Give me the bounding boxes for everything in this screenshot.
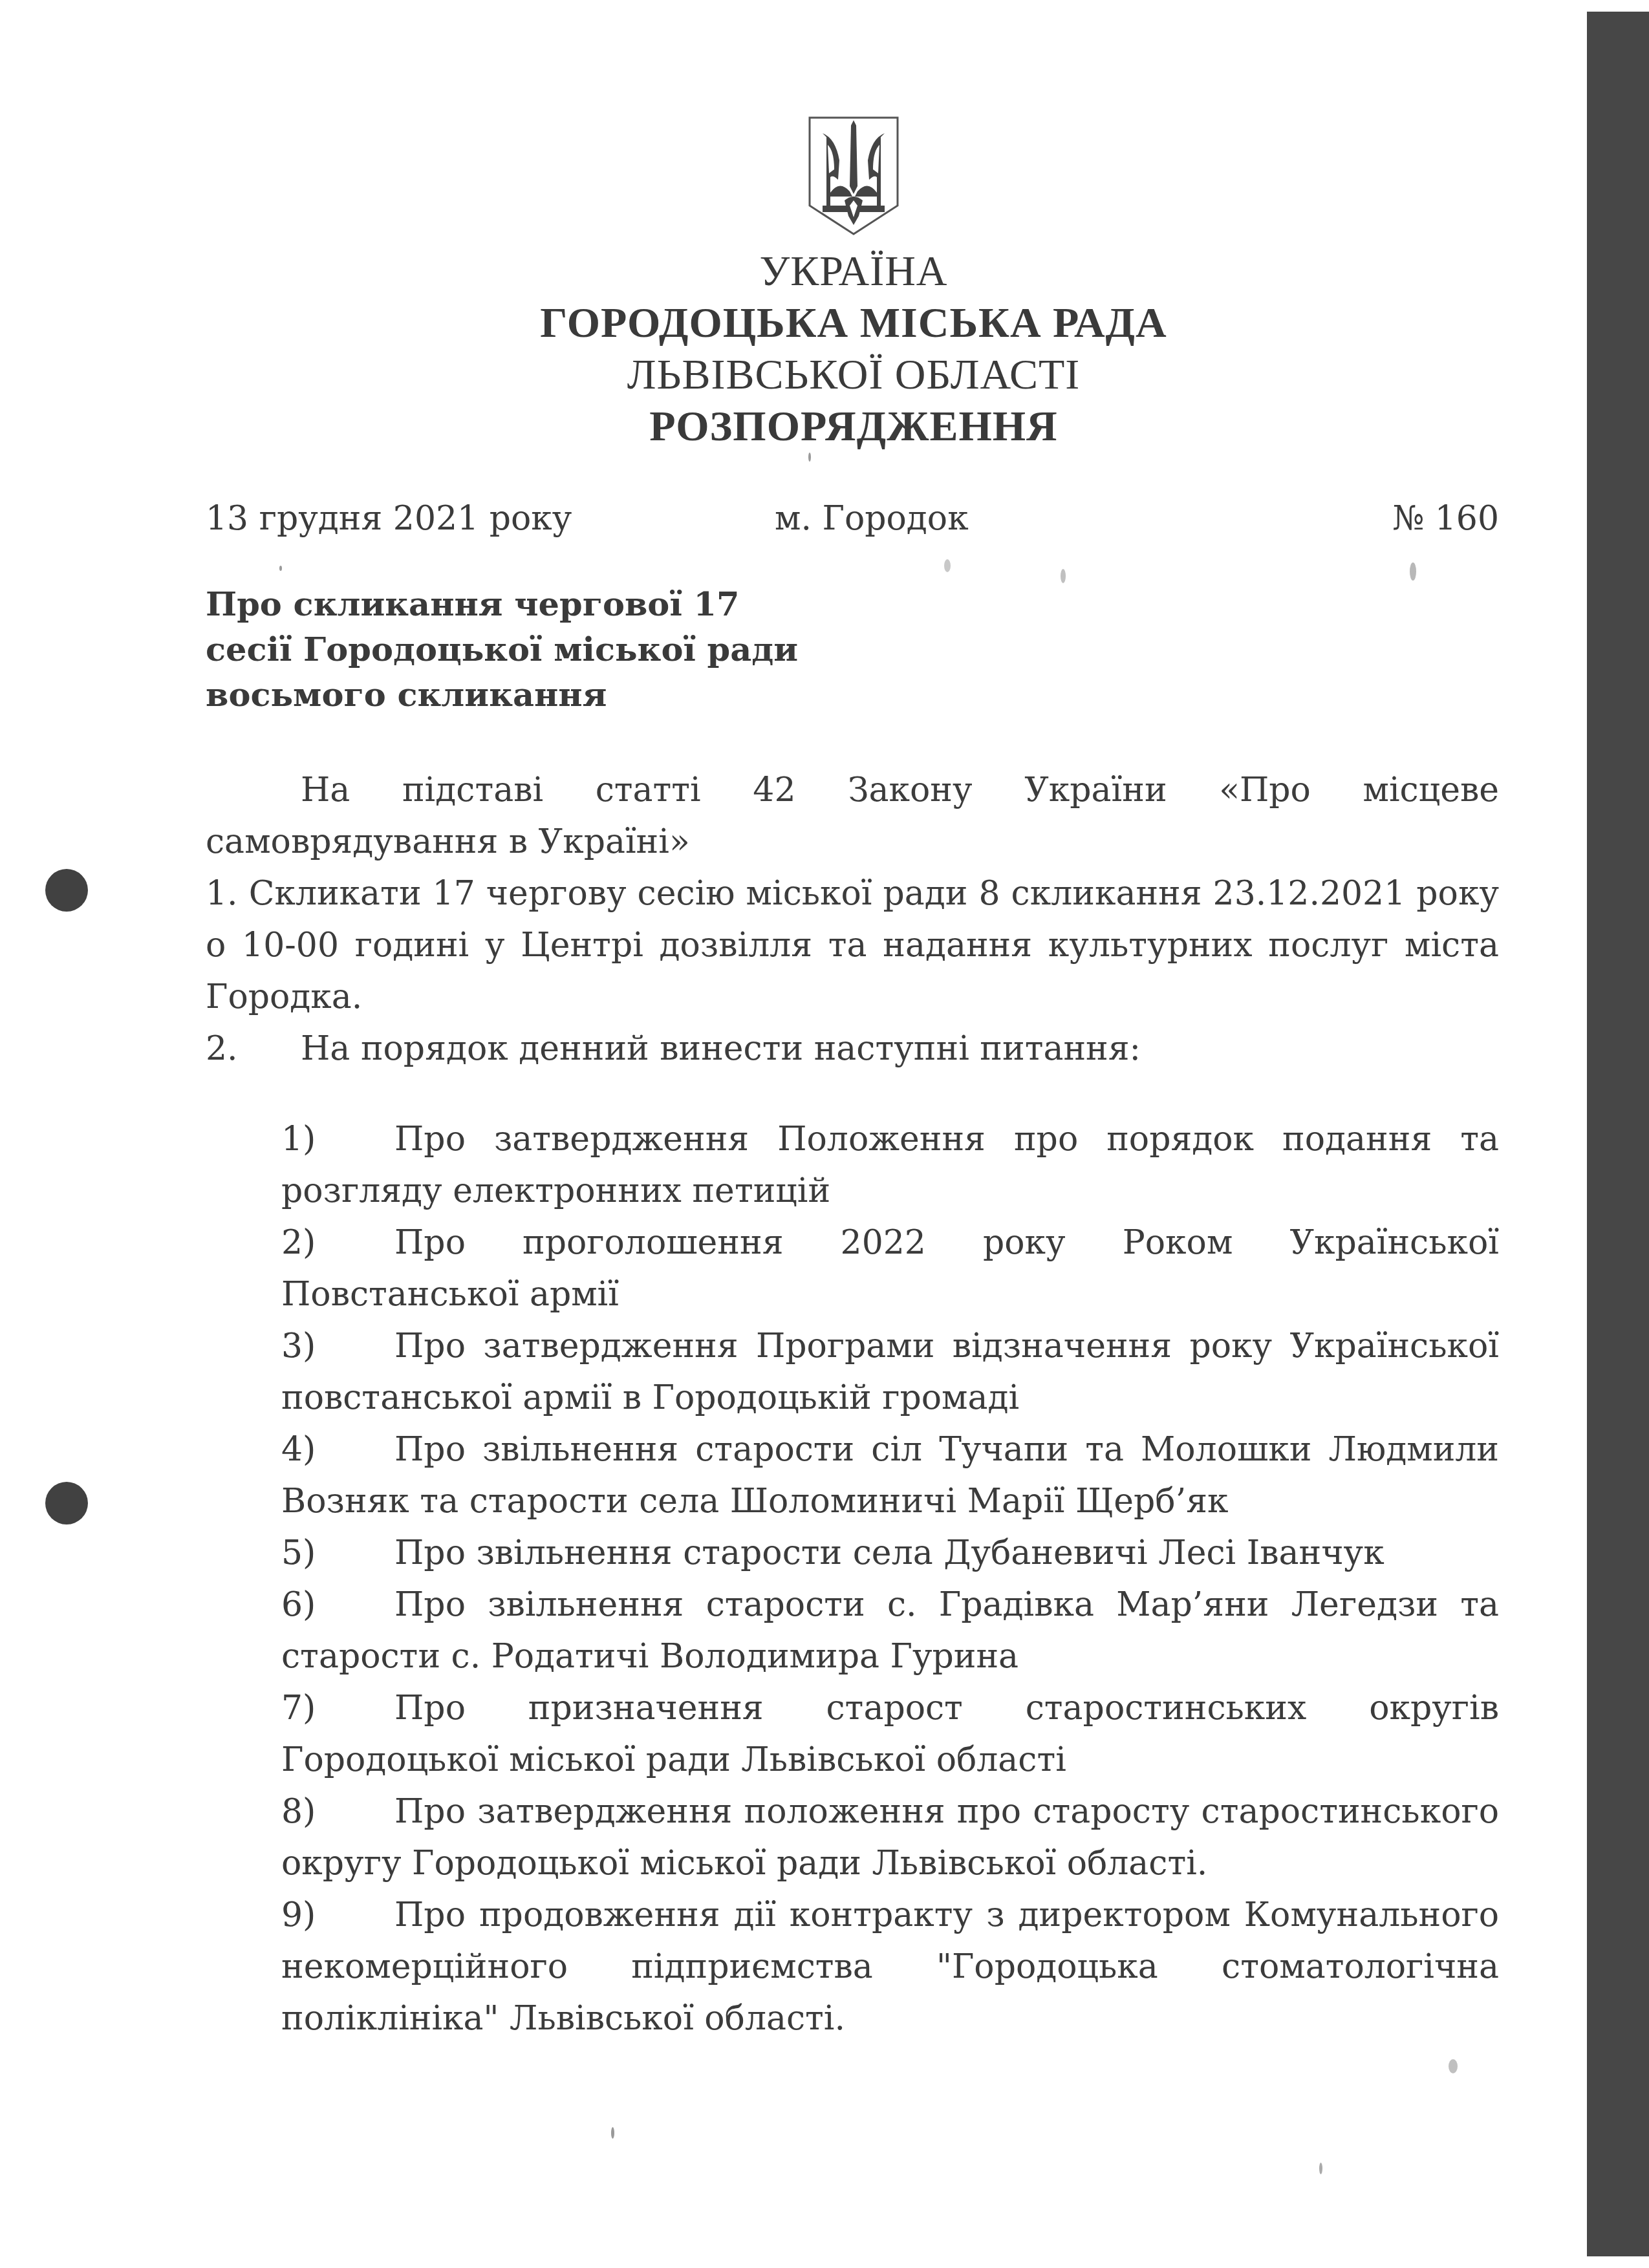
point-1-line-2: о 10-00 годині у Центрі дозвілля та нада… [206, 919, 1499, 971]
header-council-text: ГОРОДОЦЬКА МІСЬКА РАДА [540, 299, 1167, 347]
scan-speck [1449, 2059, 1458, 2073]
preamble-line-2: самоврядування в Україні» [206, 816, 690, 868]
agenda-item-line: розгляду електронних петицій [281, 1165, 1499, 1217]
agenda-item-line: Возняк та старости села Шоломиничі Марії… [281, 1475, 1499, 1527]
agenda-item: 7) Про призначення старост старостинськи… [281, 1682, 1499, 1786]
agenda-item: 2) Про проголошення 2022 року Роком Укра… [281, 1217, 1499, 1320]
agenda-item-line: округу Городоцької міської ради Львівськ… [281, 1837, 1499, 1889]
agenda-item-line: поліклініка" Львівської області. [281, 1993, 1499, 2044]
agenda-item: 5) Про звільнення старости села Дубаневи… [281, 1527, 1499, 1579]
agenda-item-line: Про звільнення старости сіл Тучапи та Мо… [394, 1424, 1499, 1475]
document-meta-row: 13 грудня 2021 року м. Городок № 160 [206, 493, 1499, 544]
point-2-text: На порядок денний винести наступні питан… [301, 1023, 1141, 1075]
header-region-text: ЛЬВІВСЬКОЇ ОБЛАСТІ [627, 351, 1081, 398]
document-number: № 160 [1392, 493, 1499, 544]
agenda-list: 1) Про затвердження Положення про порядо… [281, 1113, 1499, 2044]
header-region: ЛЬВІВСЬКОЇ ОБЛАСТІ [0, 349, 1649, 401]
agenda-item-line: Про звільнення старости с. Градівка Мар’… [394, 1579, 1499, 1631]
document-type: РОЗПОРЯДЖЕННЯ [0, 401, 1649, 453]
agenda-item-line: Про затвердження Програми відзначення ро… [394, 1320, 1499, 1372]
agenda-item-line: Про звільнення старости села Дубаневичі … [394, 1527, 1499, 1579]
agenda-item: 1) Про затвердження Положення про порядо… [281, 1113, 1499, 1217]
agenda-item-number: 8) [281, 1786, 316, 1837]
agenda-item: 4) Про звільнення старости сіл Тучапи та… [281, 1424, 1499, 1527]
header-country-text: УКРАЇНА [760, 248, 948, 295]
agenda-item: 6) Про звільнення старости с. Градівка М… [281, 1579, 1499, 1682]
document-type-text: РОЗПОРЯДЖЕННЯ [649, 403, 1058, 450]
point-2-number: 2. [206, 1023, 238, 1075]
agenda-item-line: повстанської армії в Городоцькій громаді [281, 1372, 1499, 1424]
header-country: УКРАЇНА [0, 246, 1649, 297]
scan-speck [944, 559, 951, 572]
scan-speck [1061, 569, 1066, 583]
agenda-item-line: Про проголошення 2022 року Роком Українс… [394, 1217, 1499, 1268]
agenda-item-line: старости с. Родатичі Володимира Гурина [281, 1631, 1499, 1682]
scan-speck [1410, 562, 1416, 581]
agenda-item: 8) Про затвердження положення про старос… [281, 1786, 1499, 1889]
scanned-document-page: УКРАЇНА ГОРОДОЦЬКА МІСЬКА РАДА ЛЬВІВСЬКО… [0, 0, 1649, 2268]
punch-hole-top [45, 869, 88, 912]
agenda-item-line: Про затвердження положення про старосту … [394, 1786, 1499, 1837]
scan-speck [1319, 2163, 1322, 2174]
document-place: м. Городок [775, 493, 969, 544]
subject-line: Про скликання чергової 17 [206, 582, 798, 627]
agenda-item-line: Про призначення старост старостинських о… [394, 1682, 1499, 1734]
agenda-item-number: 5) [281, 1527, 316, 1579]
agenda-item-line: Повстанської армії [281, 1268, 1499, 1320]
trident-emblem-icon [807, 115, 900, 237]
agenda-item-number: 2) [281, 1217, 316, 1268]
agenda-item-line: Про продовження дії контракту з директор… [394, 1889, 1499, 1941]
punch-hole-bottom [45, 1482, 88, 1524]
scan-speck [279, 566, 282, 571]
agenda-item-number: 3) [281, 1320, 316, 1372]
agenda-item-number: 9) [281, 1889, 316, 1941]
agenda-item-number: 4) [281, 1424, 316, 1475]
agenda-item-number: 1) [281, 1113, 316, 1165]
agenda-item: 9) Про продовження дії контракту з дирек… [281, 1889, 1499, 2044]
agenda-item: 3) Про затвердження Програми відзначення… [281, 1320, 1499, 1424]
agenda-item-number: 7) [281, 1682, 316, 1734]
header-council: ГОРОДОЦЬКА МІСЬКА РАДА [0, 297, 1649, 349]
point-1-line-3: Городка. [206, 971, 362, 1023]
document-date: 13 грудня 2021 року [206, 493, 572, 544]
point-1-line-1: 1. Скликати 17 чергову сесію міської рад… [206, 868, 1499, 919]
subject-line: восьмого скликання [206, 672, 798, 718]
preamble-line-1: На підставі статті 42 Закону України «Пр… [301, 764, 1499, 816]
scan-speck [808, 453, 811, 462]
subject-line: сесії Городоцької міської ради [206, 627, 798, 672]
document-subject: Про скликання чергової 17 сесії Городоць… [206, 582, 798, 718]
agenda-item-line: некомерційного підприємства "Городоцька … [281, 1941, 1499, 1993]
agenda-item-line: Про затвердження Положення про порядок п… [394, 1113, 1499, 1165]
agenda-item-number: 6) [281, 1579, 316, 1631]
scan-speck [611, 2127, 614, 2139]
agenda-item-line: Городоцької міської ради Львівської обла… [281, 1734, 1499, 1786]
